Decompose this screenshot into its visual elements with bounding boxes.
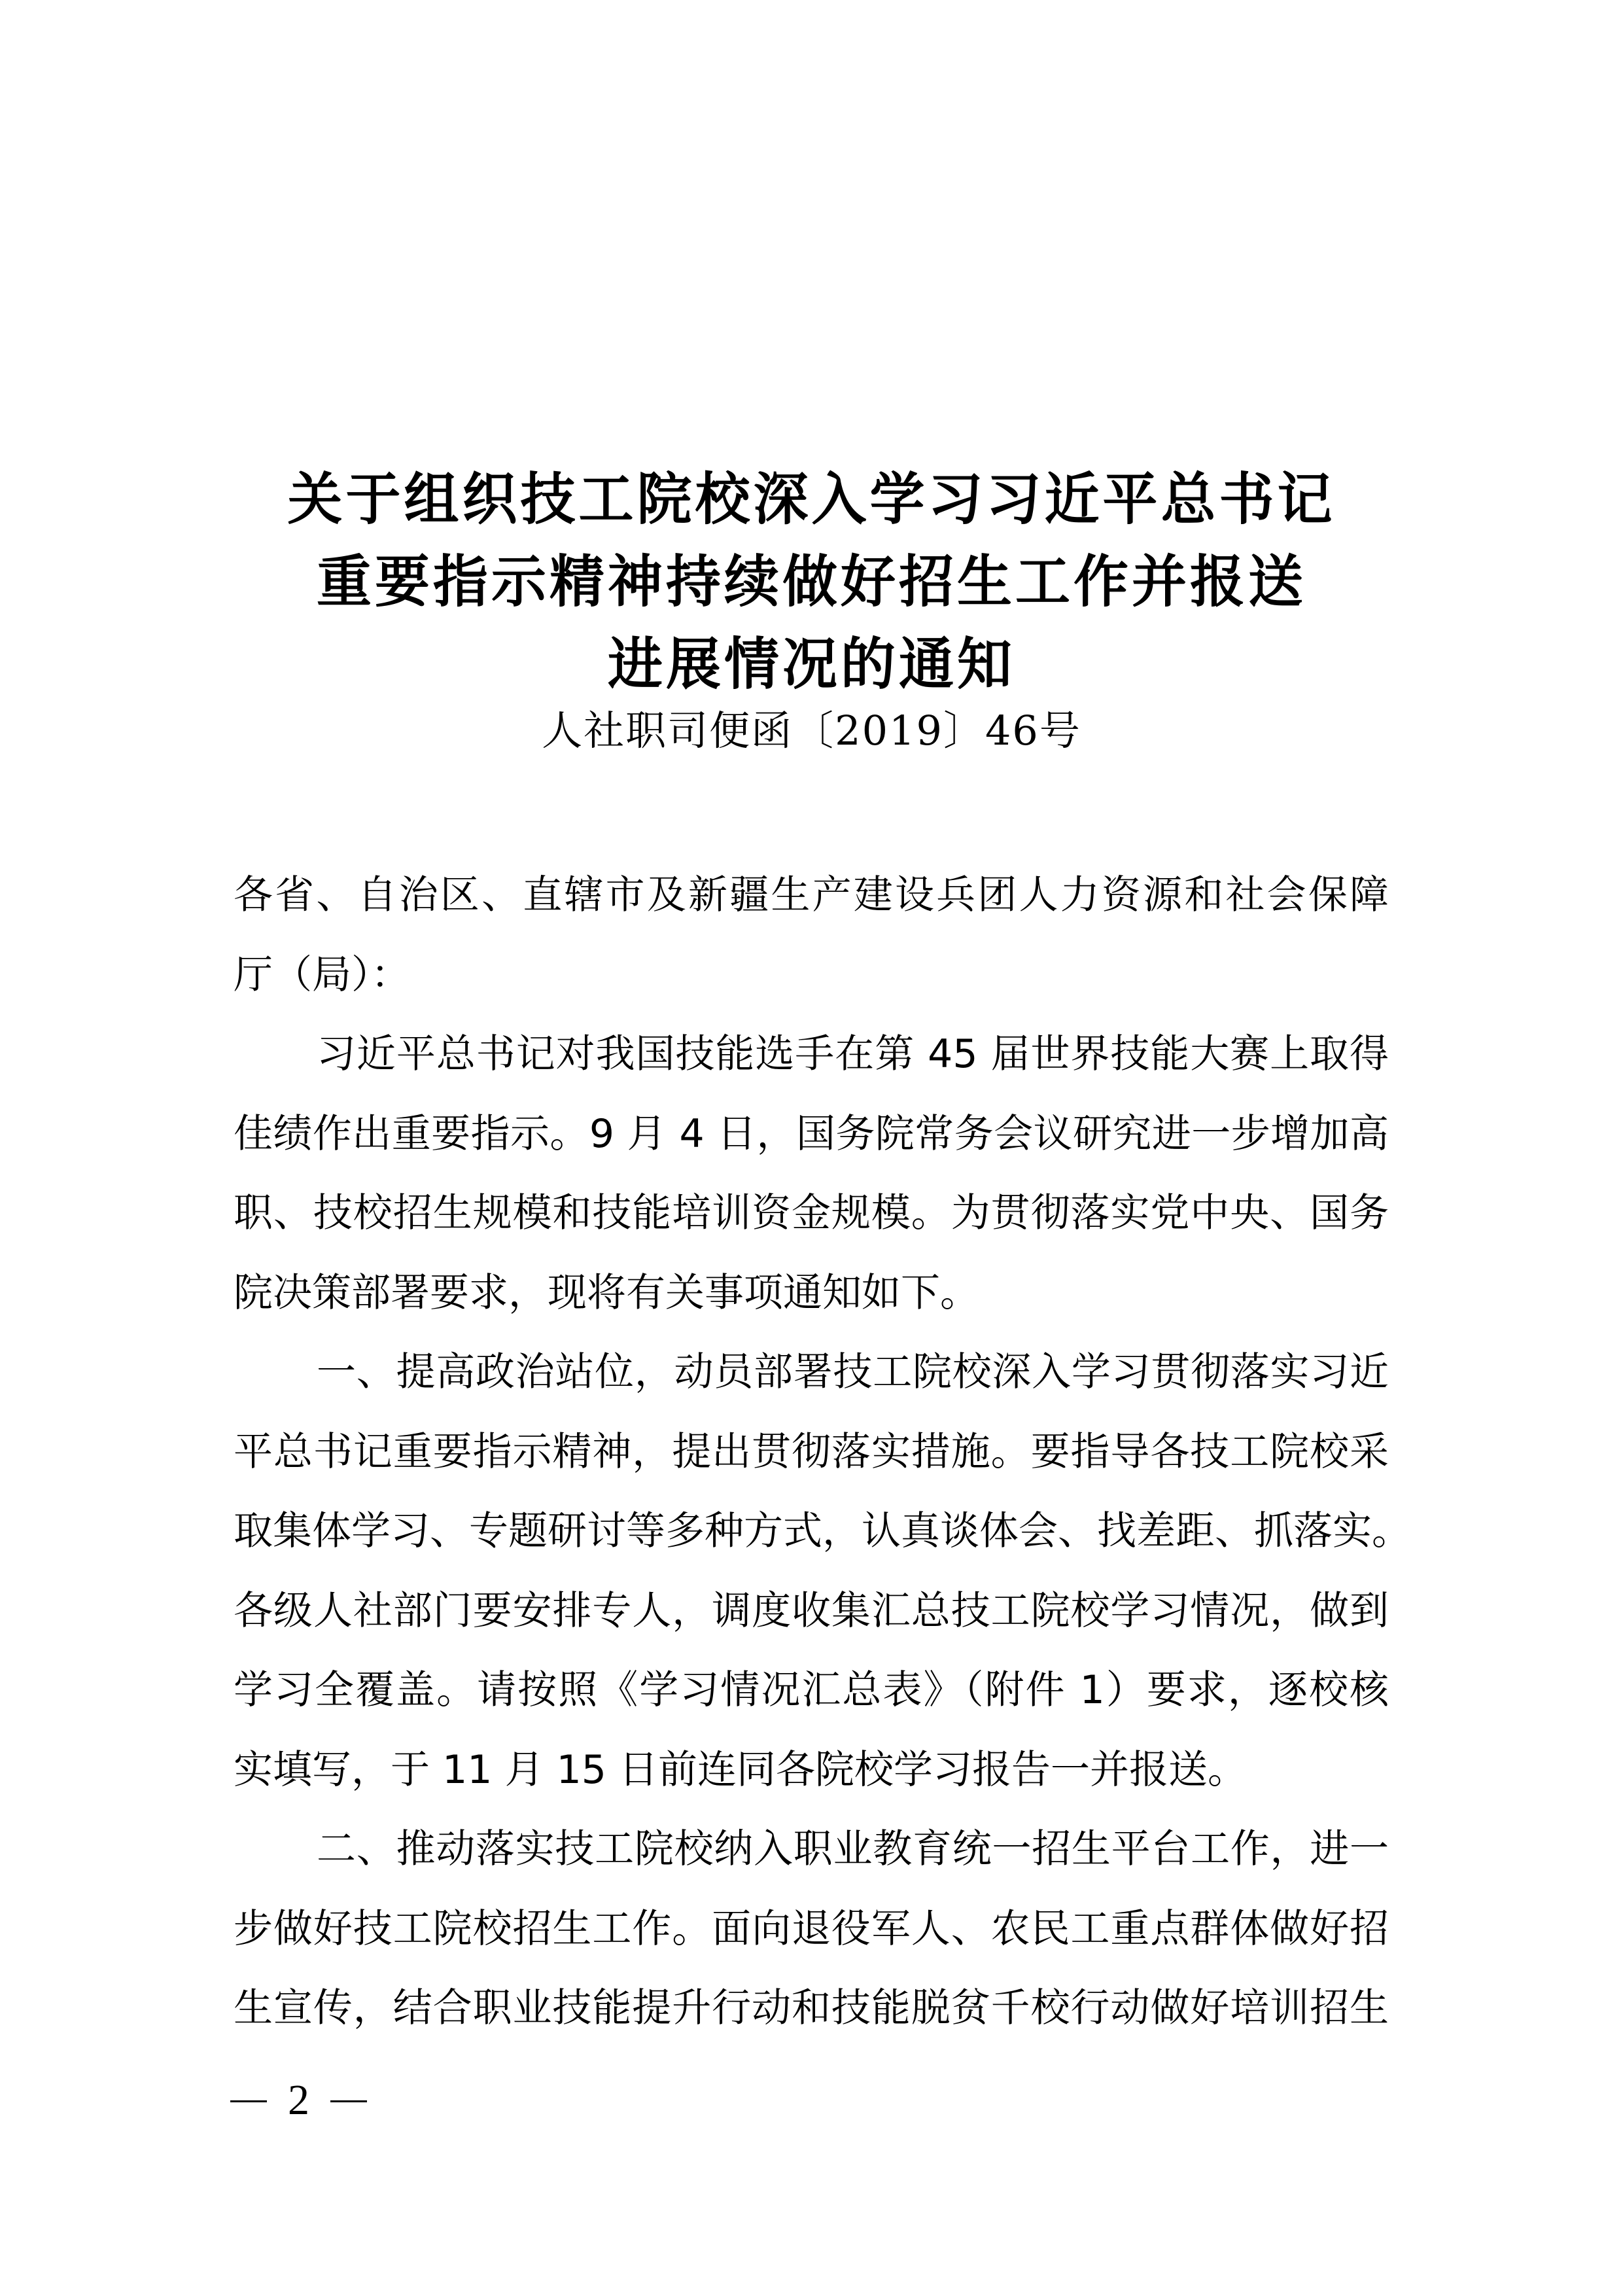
body-text-line: 厅（局）：: [234, 942, 1389, 1022]
body-text-line: 步做好技工院校招生工作。面向退役军人、农民工重点群体做好招: [234, 1896, 1389, 1976]
title-line-1: 关于组织技工院校深入学习习近平总书记: [0, 457, 1623, 542]
body-text-line: 生宣传，结合职业技能提升行动和技能脱贫千校行动做好培训招生: [234, 1975, 1389, 2055]
page-number-dash-left: [230, 2100, 267, 2102]
body-text-line: 各省、自治区、直辖市及新疆生产建设兵团人力资源和社会保障: [234, 862, 1389, 942]
body-text-line: 职、技校招生规模和技能培训资金规模。为贯彻落实党中央、国务: [234, 1180, 1389, 1260]
body-text-line: 学习全覆盖。请按照《学习情况汇总表》（附件 1）要求，逐校核: [234, 1657, 1389, 1737]
title-line-3: 进展情况的通知: [0, 622, 1623, 707]
body-text-line: 二、推动落实技工院校纳入职业教育统一招生平台工作，进一: [234, 1816, 1389, 1896]
body-text-line: 习近平总书记对我国技能选手在第 45 届世界技能大赛上取得: [234, 1021, 1389, 1101]
page-number-dash-right: [330, 2100, 367, 2102]
page-number-value: 2: [288, 2074, 309, 2127]
page-number: 2: [230, 2074, 367, 2127]
body-text-line: 取集体学习、专题研讨等多种方式，认真谈体会、找差距、抓落实。: [234, 1498, 1389, 1578]
body-text-line: 平总书记重要指示精神，提出贯彻落实措施。要指导各技工院校采: [234, 1419, 1389, 1499]
body-text-line: 一、提高政治站位，动员部署技工院校深入学习贯彻落实习近: [234, 1339, 1389, 1419]
document-page: 关于组织技工院校深入学习习近平总书记 重要指示精神持续做好招生工作并报送 进展情…: [0, 0, 1623, 2296]
document-body: 各省、自治区、直辖市及新疆生产建设兵团人力资源和社会保障厅（局）：习近平总书记对…: [234, 862, 1389, 2055]
body-text-line: 实填写，于 11 月 15 日前连同各院校学习报告一并报送。: [234, 1737, 1389, 1817]
document-title: 关于组织技工院校深入学习习近平总书记 重要指示精神持续做好招生工作并报送 进展情…: [0, 458, 1623, 705]
body-text-line: 院决策部署要求，现将有关事项通知如下。: [234, 1260, 1389, 1340]
title-line-2: 重要指示精神持续做好招生工作并报送: [0, 540, 1623, 624]
document-number: 人社职司便函〔2019〕46号: [0, 701, 1623, 760]
body-text-line: 佳绩作出重要指示。9 月 4 日，国务院常务会议研究进一步增加高: [234, 1101, 1389, 1181]
body-text-line: 各级人社部门要安排专人，调度收集汇总技工院校学习情况，做到: [234, 1578, 1389, 1658]
